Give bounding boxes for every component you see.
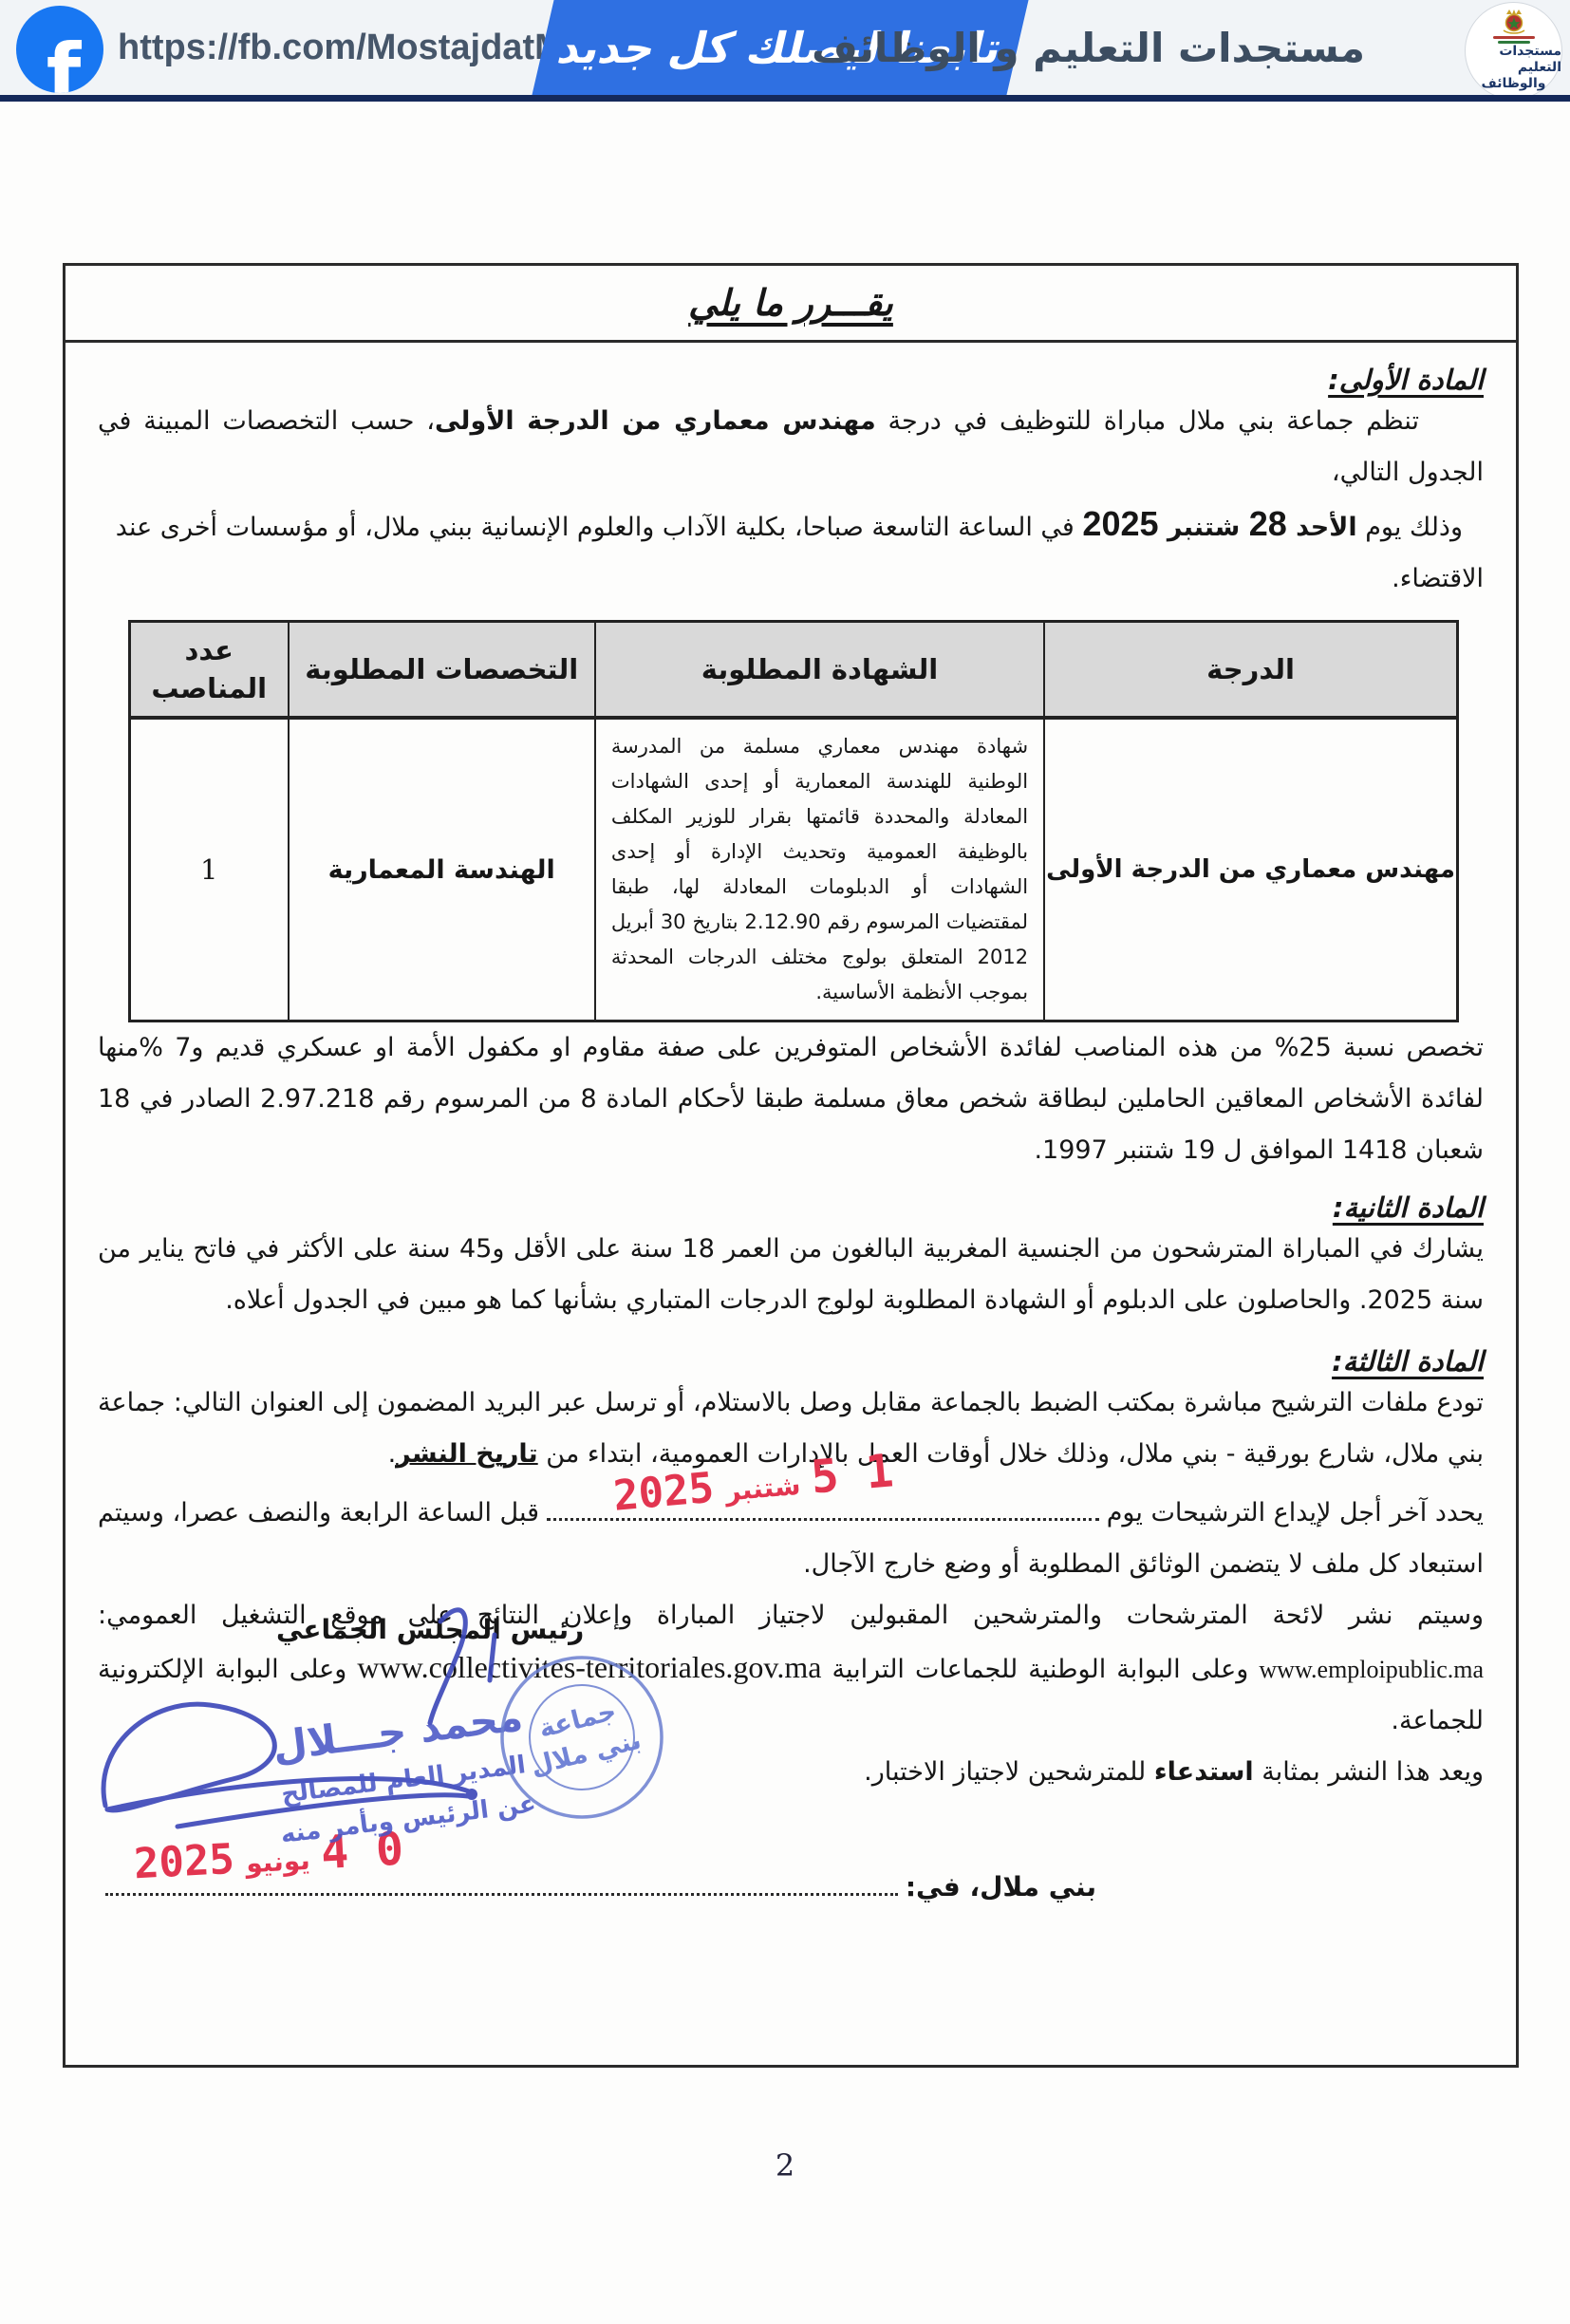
column-header-specialties: التخصصات المطلوبة	[289, 622, 595, 719]
place-date-line: بني ملال، في: 0 4يونيو2025	[98, 1830, 1096, 1913]
table-header-row: الدرجة الشهادة المطلوبة التخصصات المطلوب…	[130, 622, 1458, 719]
exam-day-number: 28	[1249, 504, 1287, 543]
decision-title: يقـــرر ما يلي	[688, 282, 893, 324]
article1-p2-pre: وذلك يوم	[1357, 513, 1463, 542]
place-label: بني ملال، في:	[906, 1862, 1096, 1913]
article1-p2-day: الأحد	[1287, 513, 1357, 542]
deadline-continuation: استبعاد كل ملف لا يتضمن الوثائق المطلوبة…	[98, 1539, 1484, 1590]
article1-paragraph1: تنظم جماعة بني ملال مباراة للتوظيف في در…	[98, 396, 1484, 498]
logo-title-line2: والوظائف	[1482, 76, 1546, 92]
cell-certificate: شهادة مهندس معماري مسلمة من المدرسة الوط…	[595, 718, 1044, 1021]
cell-positions-count: 1	[130, 718, 289, 1021]
article1-p1-text: تنظم جماعة بني ملال مباراة للتوظيف في در…	[876, 406, 1419, 436]
column-header-certificate: الشهادة المطلوبة	[595, 622, 1044, 719]
deadline-stamp-year: 2025	[611, 1464, 716, 1521]
decision-title-band: يقـــرر ما يلي	[65, 266, 1516, 343]
exam-year: 2025	[1082, 504, 1158, 543]
site-title: مستجدات التعليم و الوظائف	[812, 0, 1365, 95]
column-header-positions: عدد المناصب	[130, 622, 289, 719]
deadline-text-right: يحدد آخر أجل لإيداع الترشيحات يوم	[1107, 1488, 1484, 1539]
table-row: مهندس معماري من الدرجة الأولى شهادة مهند…	[130, 718, 1458, 1021]
site-logo: مستجدات التعليم والوظائف	[1465, 2, 1562, 100]
article1-heading: المادة الأولى:	[1328, 364, 1484, 396]
article3-heading: المادة الثالثة:	[1332, 1345, 1484, 1378]
facebook-banner: f https://fb.com/MostajdatMaroc تابعنا ل…	[0, 0, 1570, 102]
summons-emphasis: استدعاء	[1154, 1757, 1254, 1787]
page-number: 2	[0, 2147, 1570, 2183]
cell-specialty: الهندسة المعمارية	[289, 718, 595, 1021]
article2-paragraph: يشارك في المباراة المترشحون من الجنسية ا…	[98, 1224, 1484, 1326]
facebook-f-glyph: f	[47, 38, 82, 93]
deadline-text-left: قبل الساعة الرابعة والنصف عصرا، وسيتم	[98, 1488, 539, 1539]
publication-date-emphasis: تاريخ النشر	[396, 1439, 538, 1469]
deadline-dotted-blank: 1 5شتنبر2025	[547, 1482, 1099, 1521]
date-dotted-blank: 0 4يونيو2025	[105, 1830, 898, 1896]
cell-grade: مهندس معماري من الدرجة الأولى	[1044, 718, 1457, 1021]
moroccan-emblem-icon	[1498, 8, 1530, 34]
quota-paragraph: تخصص نسبة 25% من هذه المناصب لفائدة الأش…	[98, 1022, 1484, 1176]
issue-stamp-year: 2025	[133, 1835, 235, 1888]
publication-text-2: وعلى البوابة الوطنية للجماعات الترابية	[821, 1655, 1259, 1684]
deadline-stamp-month: شتنبر	[724, 1470, 802, 1508]
facebook-icon: f	[16, 6, 103, 93]
column-header-grade: الدرجة	[1044, 622, 1457, 719]
decision-body: المادة الأولى: تنظم جماعة بني ملال مبارا…	[65, 343, 1516, 1913]
article1-p1-bold: مهندس معماري من الدرجة الأولى	[435, 406, 876, 436]
final-tail: للمترشحين لاجتياز الاختبار.	[864, 1757, 1154, 1787]
signer-title: رئيس المجلس الجماعي	[276, 1614, 584, 1645]
deadline-stamp-day: 1 5	[809, 1444, 895, 1504]
header-divider	[0, 95, 1570, 102]
decision-document-frame: يقـــرر ما يلي المادة الأولى: تنظم جماعة…	[63, 263, 1519, 2068]
logo-title-line1: مستجدات التعليم	[1466, 44, 1561, 76]
scanned-announcement-page: f https://fb.com/MostajdatMaroc تابعنا ل…	[0, 0, 1570, 2324]
deadline-line: يحدد آخر أجل لإيداع الترشيحات يوم 1 5شتن…	[98, 1482, 1484, 1539]
logo-red-line	[1493, 36, 1535, 39]
article2-heading: المادة الثانية:	[1333, 1191, 1484, 1224]
article1-paragraph2: وذلك يوم الأحد 28 شتنبر 2025 في الساعة ا…	[98, 498, 1484, 605]
positions-table: الدرجة الشهادة المطلوبة التخصصات المطلوب…	[128, 620, 1459, 1022]
emploipublic-url[interactable]: www.emploipublic.ma	[1259, 1656, 1484, 1683]
exam-month: شتنبر	[1159, 513, 1249, 542]
final-text: ويعد هذا النشر بمثابة	[1254, 1757, 1484, 1787]
article3-p1-tail: .	[388, 1439, 397, 1469]
